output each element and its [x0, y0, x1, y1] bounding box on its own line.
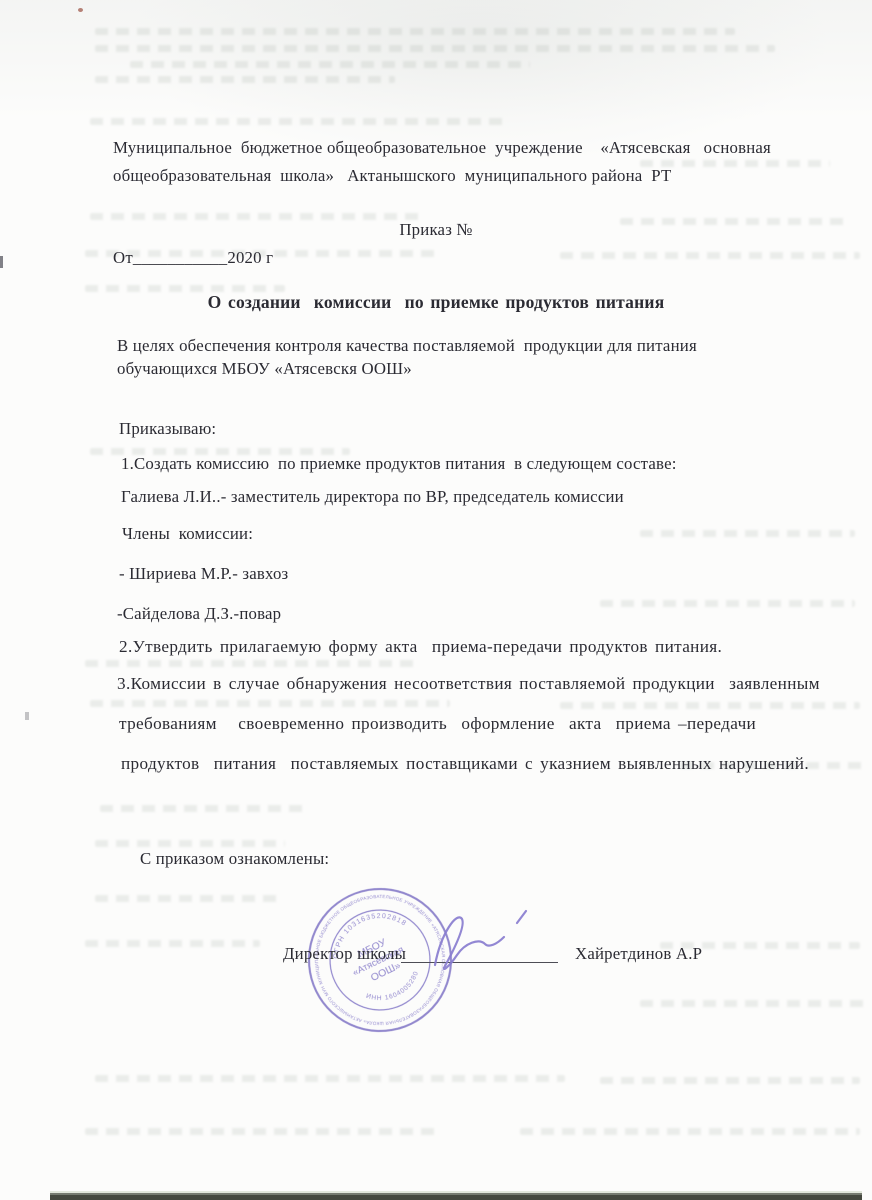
- bleed-through-line: [130, 61, 530, 68]
- order-item-3-line3: продуктов питания поставляемых поставщик…: [121, 754, 809, 775]
- signature-role-label: Директор школы: [283, 944, 406, 964]
- acknowledgement-label: С приказом ознакомлены:: [140, 849, 329, 869]
- bleed-through-line: [95, 28, 735, 35]
- bleed-through-line: [90, 700, 450, 707]
- directive-label: Приказываю:: [119, 419, 216, 439]
- institution-name-line1: Муниципальное бюджетное общеобразователь…: [113, 138, 771, 158]
- bleed-through-line: [520, 1128, 860, 1135]
- order-item-1: 1.Создать комиссию по приемке продуктов …: [121, 454, 677, 474]
- bleed-through-line: [600, 1077, 860, 1084]
- commission-chairperson: Галиева Л.И..- заместитель директора по …: [121, 487, 624, 507]
- order-item-2: 2.Утвердить прилагаемую форму акта прием…: [119, 637, 722, 658]
- order-item-3-line1: 3.Комиссии в случае обнаружения несоотве…: [117, 674, 820, 695]
- bleed-through-line: [95, 1075, 565, 1082]
- bleed-through-line: [90, 213, 420, 220]
- scan-speck: [0, 256, 3, 268]
- bleed-through-line: [95, 76, 395, 83]
- bleed-through-line: [85, 660, 415, 667]
- bleed-through-line: [85, 285, 285, 292]
- bleed-through-line: [560, 702, 860, 709]
- bleed-through-line: [95, 895, 280, 902]
- bleed-through-line: [100, 805, 310, 812]
- preamble-line1: В целях обеспечения контроля качества по…: [117, 336, 697, 356]
- bleed-through-line: [95, 840, 285, 847]
- order-item-3-line2: требованиям своевременно производить офо…: [119, 714, 756, 735]
- bleed-through-line: [90, 118, 510, 125]
- scan-speck: [78, 8, 83, 12]
- signature-name: Хайретдинов А.Р: [575, 944, 702, 964]
- order-title: О создании комиссии по приемке продуктов…: [0, 292, 872, 313]
- scanned-order-document: Муниципальное бюджетное общеобразователь…: [0, 0, 872, 1200]
- commission-member-2: -Сайделова Д.З.-повар: [117, 604, 281, 624]
- bleed-through-line: [85, 940, 260, 947]
- page-bottom-edge: [50, 1191, 862, 1200]
- order-number-label: Приказ №: [0, 220, 872, 240]
- bleed-through-line: [560, 252, 860, 259]
- bleed-through-line: [600, 600, 855, 607]
- preamble-line2: обучающихся МБОУ «Атясевскя ООШ»: [117, 359, 412, 379]
- bleed-through-line: [85, 1128, 435, 1135]
- order-date-line: От___________2020 г: [113, 248, 273, 268]
- bleed-through-line: [95, 45, 775, 52]
- scan-speck: [25, 712, 29, 720]
- bleed-through-line: [640, 530, 855, 537]
- director-signature: [425, 903, 535, 981]
- institution-name-line2: общеобразовательная школа» Актанышского …: [113, 166, 671, 186]
- commission-member-1: - Шириева М.Р.- завхоз: [119, 564, 288, 584]
- bleed-through-line: [640, 1000, 865, 1007]
- members-label: Члены комиссии:: [122, 524, 253, 544]
